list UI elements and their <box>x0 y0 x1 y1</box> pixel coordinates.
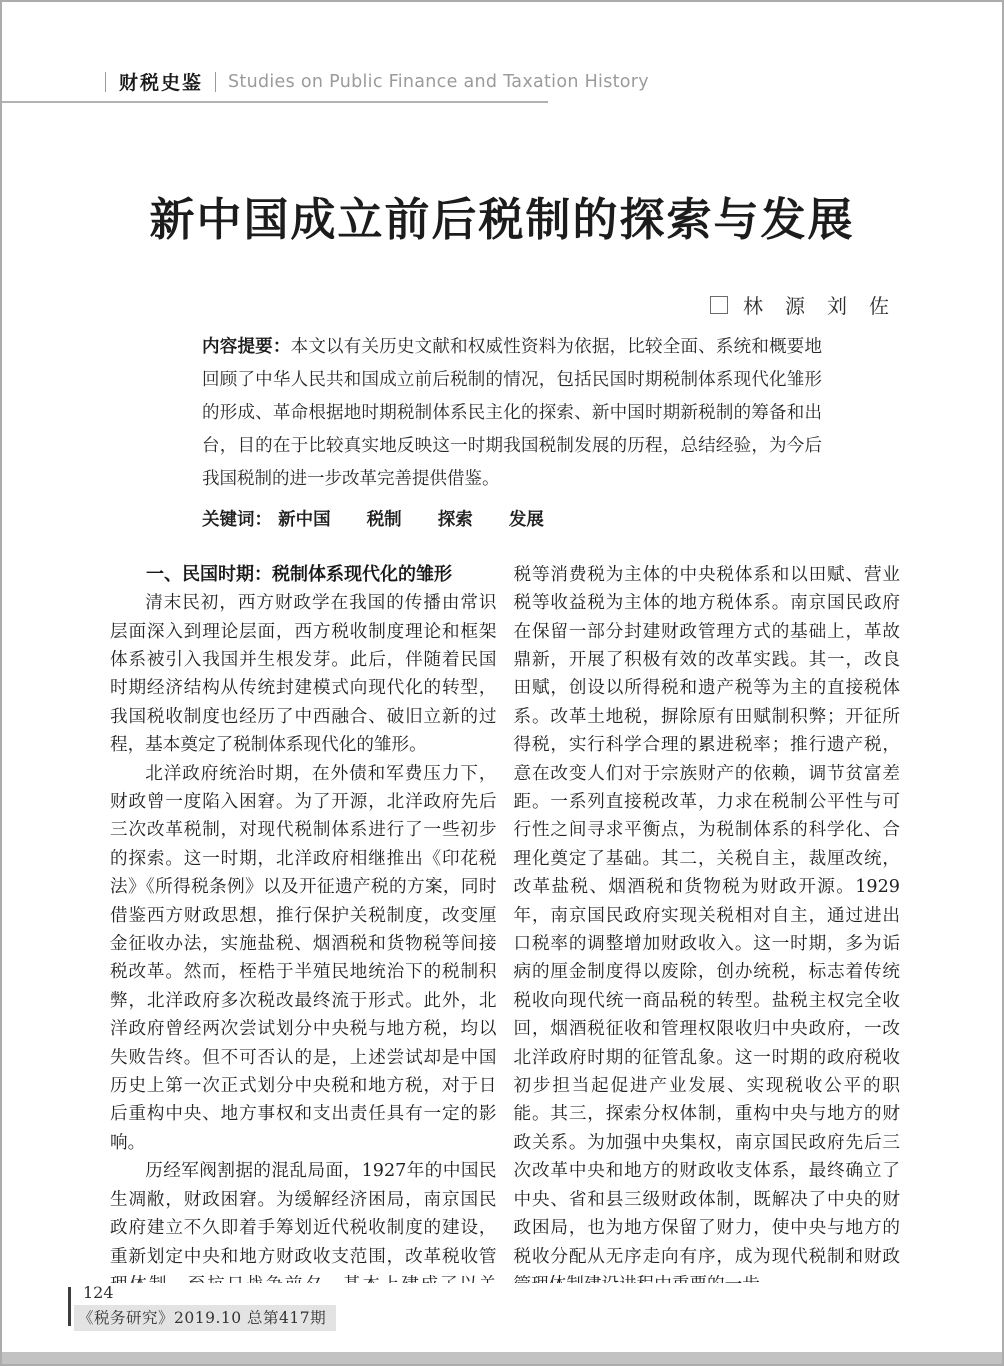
abstract-text: 本文以有关历史文献和权威性资料为依据，比较全面、系统和概要地回顾了中华人民共和国… <box>202 337 822 489</box>
body-paragraph: 历经军阀割据的混乱局面，1927年的中国民生凋敝，财政困窘。为缓解经济困局，南京… <box>110 1157 497 1282</box>
scan-bottom-band <box>0 1352 1004 1366</box>
header-divider-bar <box>215 72 216 92</box>
keyword-item: 新中国 <box>278 510 331 530</box>
body-columns: 一、民国时期：税制体系现代化的雏形 清末民初，西方财政学在我国的传播由常识层面深… <box>110 561 900 1283</box>
body-paragraph: 清末民初，西方财政学在我国的传播由常识层面深入到理论层面，西方税收制度理论和框架… <box>110 589 497 759</box>
keywords-line: 关键词： 新中国 税制 探索 发展 <box>202 506 928 531</box>
body-column-right: 税等消费税为主体的中央税体系和以田赋、营业税等收益税为主体的地方税体系。南京国民… <box>514 561 901 1283</box>
journal-page: 财税史鉴 Studies on Public Finance and Taxat… <box>0 0 1004 1366</box>
section-title-cn: 财税史鉴 <box>119 68 203 95</box>
keyword-item: 税制 <box>367 510 402 530</box>
journal-section-header: 财税史鉴 Studies on Public Finance and Taxat… <box>105 68 649 95</box>
keyword-item: 发展 <box>509 510 544 530</box>
page-footer: 124 《税务研究》2019.10 总第417期 <box>68 1284 336 1331</box>
keyword-item: 探索 <box>438 510 473 530</box>
author-marker-square-icon <box>710 296 728 314</box>
abstract-block: 内容提要：本文以有关历史文献和权威性资料为依据，比较全面、系统和概要地回顾了中华… <box>202 331 822 496</box>
header-rule <box>2 101 548 103</box>
section-title-en: Studies on Public Finance and Taxation H… <box>228 72 649 92</box>
body-paragraph-continuation: 税等消费税为主体的中央税体系和以田赋、营业税等收益税为主体的地方税体系。南京国民… <box>514 561 901 1283</box>
section-heading: 一、民国时期：税制体系现代化的雏形 <box>110 561 497 589</box>
author-names: 林 源 刘 佐 <box>743 294 890 318</box>
article-title: 新中国成立前后税制的探索与发展 <box>97 194 907 246</box>
body-column-left: 一、民国时期：税制体系现代化的雏形 清末民初，西方财政学在我国的传播由常识层面深… <box>110 561 497 1283</box>
body-paragraph: 北洋政府统治时期，在外债和军费压力下，财政曾一度陷入困窘。为了开源，北洋政府先后… <box>110 760 497 1158</box>
footer-rule-bar <box>68 1287 71 1326</box>
abstract-label: 内容提要： <box>202 337 291 357</box>
header-divider-bar <box>105 72 106 92</box>
author-line: 林 源 刘 佐 <box>2 290 890 319</box>
keywords-label: 关键词： <box>202 510 272 530</box>
page-number: 124 <box>83 1284 336 1302</box>
journal-issue-line: 《税务研究》2019.10 总第417期 <box>74 1305 336 1331</box>
